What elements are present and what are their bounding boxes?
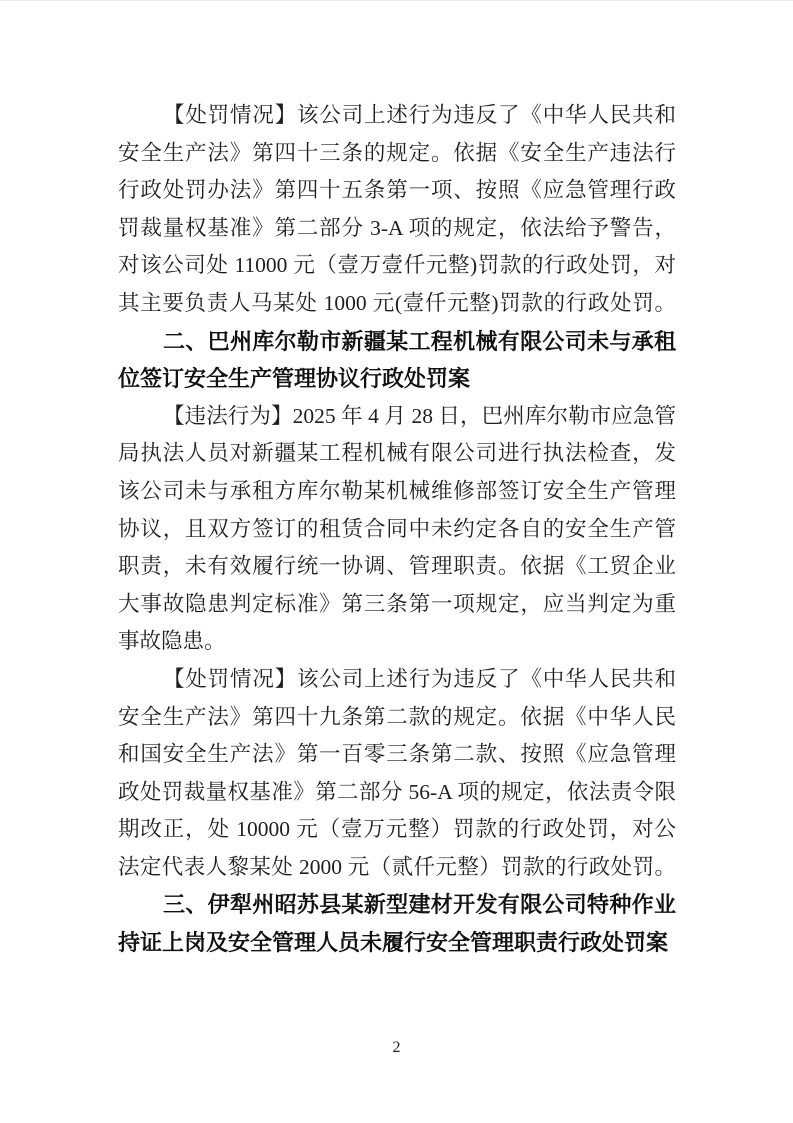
text-line: 【处罚情况】该公司上述行为违反了《中华人民共和国	[118, 661, 676, 699]
text-line: 该公司未与承租方库尔勒某机械维修部签订安全生产管理	[118, 473, 676, 511]
page-number: 2	[0, 1039, 793, 1057]
heading-case3-title: 三、伊犁州昭苏县某新型建材开发有限公司特种作业未 持证上岗及安全管理人员未履行安…	[118, 886, 676, 961]
text-line: 安全生产法》第四十三条的规定。依据《安全生产违法行为	[118, 135, 676, 173]
text-line: 法定代表人黎某处 2000 元（贰仟元整）罚款的行政处罚。	[118, 849, 676, 887]
document-body: 【处罚情况】该公司上述行为违反了《中华人民共和国 安全生产法》第四十三条的规定。…	[118, 97, 676, 962]
text-line: 大事故隐患判定标准》第三条第一项规定，应当判定为重大	[118, 586, 676, 624]
text-line: 局执法人员对新疆某工程机械有限公司进行执法检查，发现	[118, 435, 676, 473]
text-line: 其主要负责人马某处 1000 元(壹仟元整)罚款的行政处罚。	[118, 285, 676, 323]
heading-line: 二、巴州库尔勒市新疆某工程机械有限公司未与承租单	[118, 323, 676, 361]
heading-line: 持证上岗及安全管理人员未履行安全管理职责行政处罚案	[118, 924, 676, 962]
paragraph-case2-penalty: 【处罚情况】该公司上述行为违反了《中华人民共和国 安全生产法》第四十九条第二款的…	[118, 661, 676, 887]
heading-line: 三、伊犁州昭苏县某新型建材开发有限公司特种作业未	[118, 886, 676, 924]
text-line: 职责，未有效履行统一协调、管理职责。依据《工贸企业重	[118, 548, 676, 586]
paragraph-case2-violation: 【违法行为】2025 年 4 月 28 日，巴州库尔勒市应急管理 局执法人员对新…	[118, 398, 676, 661]
text-line: 对该公司处 11000 元（壹万壹仟元整)罚款的行政处罚，对	[118, 247, 676, 285]
text-line: 行政处罚办法》第四十五条第一项、按照《应急管理行政处	[118, 172, 676, 210]
text-line: 安全生产法》第四十九条第二款的规定。依据《中华人民共	[118, 699, 676, 737]
text-line: 【处罚情况】该公司上述行为违反了《中华人民共和国	[118, 97, 676, 135]
heading-line: 位签订安全生产管理协议行政处罚案	[118, 360, 676, 398]
text-line: 期改正，处 10000 元（壹万元整）罚款的行政处罚，对公司	[118, 811, 676, 849]
text-line: 【违法行为】2025 年 4 月 28 日，巴州库尔勒市应急管理	[118, 398, 676, 436]
text-line: 政处罚裁量权基准》第二部分 56-A 项的规定，依法责令限	[118, 774, 676, 812]
paragraph-case1-penalty: 【处罚情况】该公司上述行为违反了《中华人民共和国 安全生产法》第四十三条的规定。…	[118, 97, 676, 323]
text-line: 事故隐患。	[118, 623, 676, 661]
text-line: 罚裁量权基准》第二部分 3-A 项的规定，依法给予警告，并	[118, 210, 676, 248]
text-line: 和国安全生产法》第一百零三条第二款、按照《应急管理行	[118, 736, 676, 774]
document-page: 【处罚情况】该公司上述行为违反了《中华人民共和国 安全生产法》第四十三条的规定。…	[0, 0, 793, 1123]
heading-case2-title: 二、巴州库尔勒市新疆某工程机械有限公司未与承租单 位签订安全生产管理协议行政处罚…	[118, 323, 676, 398]
text-line: 协议，且双方签订的租赁合同中未约定各自的安全生产管理	[118, 511, 676, 549]
